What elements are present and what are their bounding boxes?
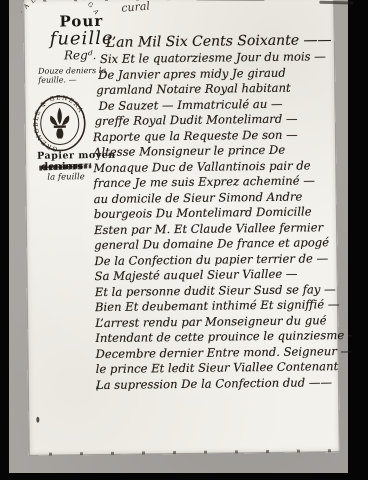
manuscript-line: La supression De la Confection dud —— xyxy=(96,374,352,393)
paper-speck xyxy=(36,417,39,423)
manuscript-line: Six Et le quatorziesme Jour du mois — xyxy=(92,49,348,68)
top-annotation: cural xyxy=(121,0,151,15)
revenue-seal: GRENOBLE ✠ GENERA · DE xyxy=(31,93,88,154)
document-scan: · A L I T E · D V · G A · Pour fueille R… xyxy=(0,0,368,480)
manuscript-paper: · A L I T E · D V · G A · Pour fueille R… xyxy=(23,0,340,456)
manuscript-body: L’an Mil Six Cents Soixante —— Six Et le… xyxy=(92,31,352,393)
manuscript-line: De la Confection du papier terrier de — xyxy=(94,250,350,269)
struck-word: deniers xyxy=(41,161,83,173)
paper-smudge xyxy=(195,0,265,1)
manuscript-line: france Je me suis Exprez acheminé — xyxy=(93,173,349,192)
fleur-de-lis-icon xyxy=(50,107,70,138)
paper-smudge xyxy=(319,1,353,5)
